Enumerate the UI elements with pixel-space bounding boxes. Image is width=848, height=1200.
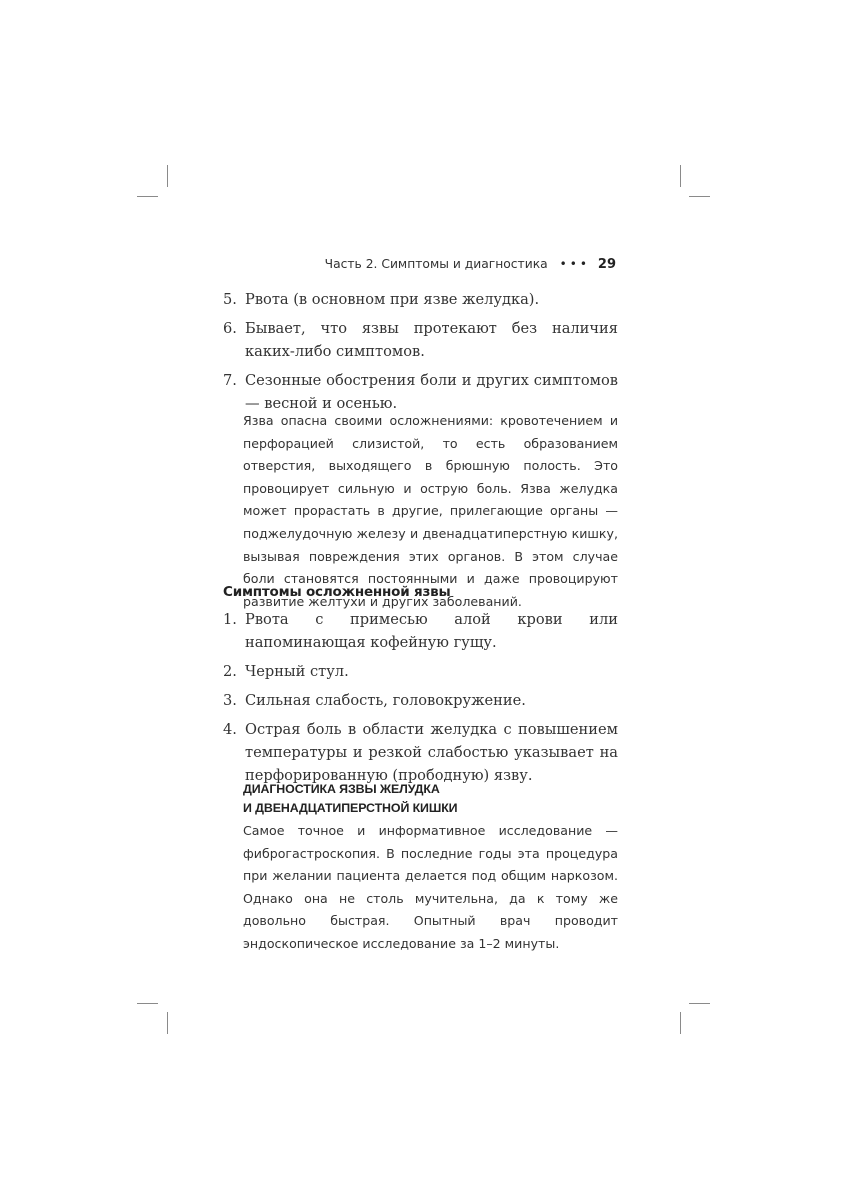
list-number: 7. (223, 369, 245, 415)
list-item: 6. Бывает, что язвы протекают без наличи… (223, 317, 618, 363)
crop-mark-bottom-right-horizontal (689, 1003, 710, 1004)
crop-mark-top-right-vertical (680, 165, 681, 187)
list-text: Рвота (в основном при язве желудка). (245, 288, 618, 311)
list-text: Острая боль в области желудка с повышени… (245, 718, 618, 787)
list-text: Сезонные обострения боли и других симпто… (245, 369, 618, 415)
running-head: Часть 2. Симптомы и диагностика ••• 29 (344, 254, 616, 274)
list-number: 2. (223, 660, 245, 683)
crop-mark-bottom-left-vertical (167, 1012, 168, 1034)
diagnostics-heading-line1: ДИАГНОСТИКА ЯЗВЫ ЖЕЛУДКА (243, 780, 618, 799)
list-number: 4. (223, 718, 245, 787)
list-number: 3. (223, 689, 245, 712)
list-item: 2. Черный стул. (223, 660, 618, 683)
list-text: Черный стул. (245, 660, 618, 683)
list-number: 5. (223, 288, 245, 311)
crop-mark-top-left-vertical (167, 165, 168, 187)
crop-mark-top-left-horizontal (137, 196, 158, 197)
crop-mark-bottom-left-horizontal (137, 1003, 158, 1004)
complicated-ulcer-list: 1. Рвота с примесью алой крови или напом… (223, 608, 618, 793)
list-text: Бывает, что язвы протекают без наличия к… (245, 317, 618, 363)
list-number: 1. (223, 608, 245, 654)
list-item: 7. Сезонные обострения боли и других сим… (223, 369, 618, 415)
diagnostics-heading-line2: И ДВЕНАДЦАТИПЕРСТНОЙ КИШКИ (243, 799, 618, 818)
list-number: 6. (223, 317, 245, 363)
complications-paragraph: Язва опасна своими осложнениями: кровоте… (243, 410, 618, 613)
list-item: 1. Рвота с примесью алой крови или напом… (223, 608, 618, 654)
list-item: 5. Рвота (в основном при язве желудка). (223, 288, 618, 311)
diagnostics-paragraph: Самое точное и информативное исследовани… (243, 820, 618, 956)
page-number: 29 (598, 257, 616, 272)
list-text: Рвота с примесью алой крови или напомина… (245, 608, 618, 654)
list-text: Сильная слабость, головокружение. (245, 689, 618, 712)
list-item: 4. Острая боль в области желудка с повыш… (223, 718, 618, 787)
diagnostics-heading: ДИАГНОСТИКА ЯЗВЫ ЖЕЛУДКА И ДВЕНАДЦАТИПЕР… (243, 780, 618, 818)
complicated-ulcer-heading: Симптомы осложненной язвы (223, 584, 450, 600)
list-item: 3. Сильная слабость, головокружение. (223, 689, 618, 712)
crop-mark-top-right-horizontal (689, 196, 710, 197)
symptom-list-continued: 5. Рвота (в основном при язве желудка). … (223, 288, 618, 421)
crop-mark-bottom-right-vertical (680, 1012, 681, 1034)
ornament-dots-icon: ••• (560, 257, 590, 271)
section-title: Часть 2. Симптомы и диагностика (325, 257, 548, 271)
